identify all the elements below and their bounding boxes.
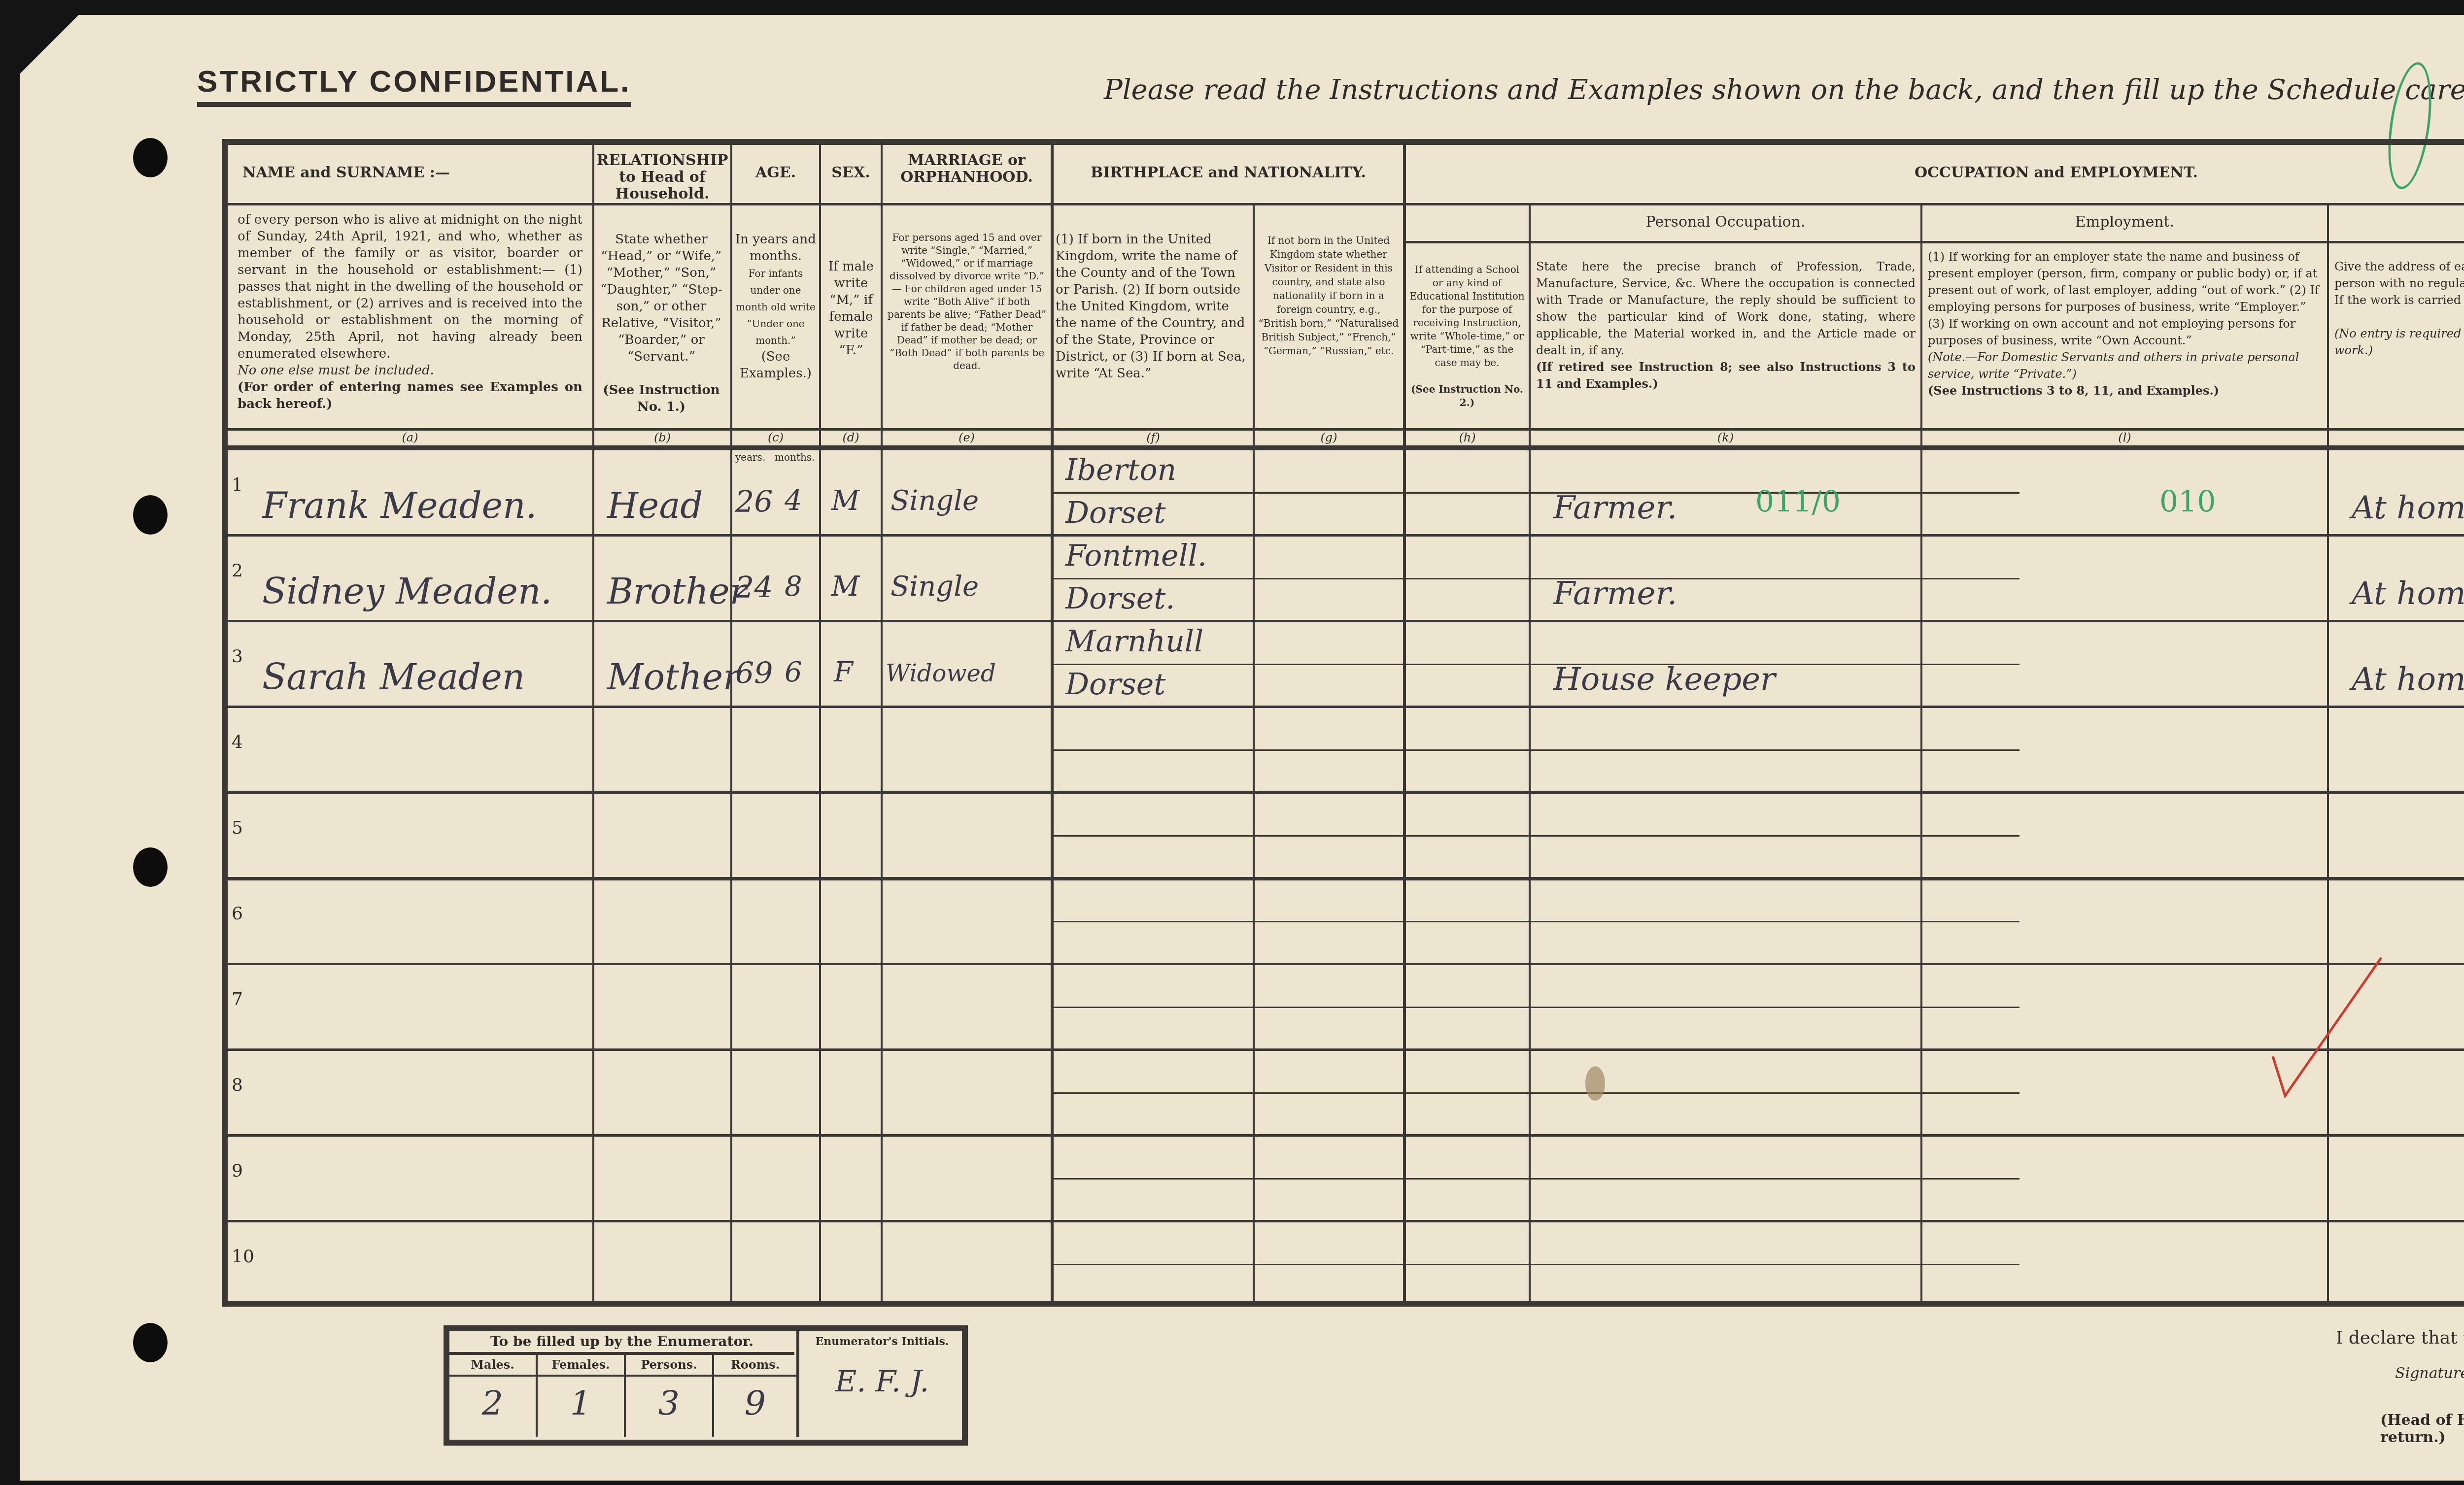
occupation: House keeper	[1553, 661, 1776, 698]
marriage-status: Single	[890, 571, 979, 603]
females-cell: Females. 1	[538, 1355, 626, 1437]
punch-hole	[133, 138, 168, 177]
sex: F	[834, 656, 853, 688]
punch-hole	[133, 847, 168, 887]
age-years: 24	[735, 571, 773, 605]
divider	[819, 145, 821, 1301]
divider	[1054, 1092, 2019, 1094]
divider	[1054, 492, 2019, 494]
instructions-nationality: If not born in the United Kingdom state …	[1257, 234, 1401, 358]
divider	[228, 791, 2464, 794]
birth-town: Marnhull	[1065, 624, 1203, 659]
relationship: Mother	[607, 656, 740, 698]
rooms-cell: Rooms. 9	[714, 1355, 796, 1437]
divider	[1054, 664, 2019, 665]
divider	[228, 1048, 2464, 1051]
divider	[1054, 835, 2019, 837]
divider	[730, 145, 732, 1301]
age-months: 6	[785, 656, 802, 688]
divider	[1054, 1178, 2019, 1180]
instructions-marriage: For persons aged 15 and over write “Sing…	[886, 231, 1048, 372]
divider	[592, 145, 594, 1301]
occupation: Farmer.	[1553, 490, 1677, 526]
red-check-icon	[2268, 953, 2386, 1101]
divider	[1054, 749, 2019, 751]
divider	[228, 445, 2464, 450]
place-of-work: At home.	[2352, 661, 2464, 698]
divider	[228, 1220, 2464, 1222]
instructions-birthplace: (1) If born in the United Kingdom, write…	[1056, 231, 1250, 382]
punch-hole	[133, 495, 168, 535]
enumerator-initials-cell: Enumerator's Initials. E. F. J.	[796, 1331, 965, 1437]
divider	[1054, 1264, 2019, 1265]
birth-county: Dorset	[1065, 496, 1165, 530]
enumerator-initials: E. F. J.	[799, 1352, 965, 1411]
employment-code: 010	[2159, 485, 2216, 519]
persons-cell: Persons. 3	[626, 1355, 714, 1437]
signature-label: Signature	[2395, 1365, 2464, 1382]
divider	[228, 706, 2464, 708]
divider	[1051, 203, 2464, 205]
fill-instructions: Please read the Instructions and Example…	[1104, 74, 2464, 106]
census-schedule-page: STRICTLY CONFIDENTIAL. Please read the I…	[20, 15, 2464, 1481]
marriage-status: Widowed	[886, 660, 996, 687]
divider	[228, 534, 2464, 537]
sex: M	[831, 485, 859, 517]
divider	[228, 203, 1051, 205]
page-title: STRICTLY CONFIDENTIAL.	[197, 64, 631, 107]
person-name: Sidney Meaden.	[262, 571, 552, 612]
occupation-code: 011/0	[1755, 485, 1841, 519]
age-months: 8	[785, 571, 802, 603]
punch-hole	[133, 1323, 168, 1362]
relationship: Head	[607, 485, 703, 526]
divider	[1054, 921, 2019, 922]
person-name: Frank Meaden.	[262, 485, 537, 526]
instructions-name: of every person who is alive at midnight…	[238, 211, 582, 412]
enumerator-summary-box: To be filled up by the Enumerator. Enume…	[444, 1325, 968, 1446]
divider	[1051, 145, 1054, 1301]
divider	[228, 877, 2464, 880]
instructions-relationship: State whether “Head,” or “Wife,” “Mother…	[597, 231, 725, 415]
occupation: Farmer.	[1553, 575, 1677, 612]
stain	[1585, 1066, 1605, 1101]
instructions-place-of-work: Give the address of each person’s place …	[2334, 258, 2464, 359]
place-of-work: At home.	[2352, 575, 2464, 612]
instructions-age: In years and months. For infants under o…	[735, 231, 816, 382]
person-name: Sarah Meaden	[262, 656, 525, 698]
divider	[1054, 578, 2019, 579]
divider	[228, 620, 2464, 622]
divider	[228, 963, 2464, 965]
declaration-text: I declare that this Schedule is correctl…	[2336, 1328, 2464, 1348]
instructions-occupation: State here the precise branch of Profess…	[1536, 258, 1916, 392]
census-table: NAME and SURNAME :— RELATIONSHIP to Head…	[222, 139, 2464, 1307]
signature-caption: (Head of Household, Manager of Establish…	[2380, 1412, 2464, 1446]
birth-town: Fontmell.	[1065, 539, 1207, 573]
divider	[228, 1134, 2464, 1137]
males-cell: Males. 2	[449, 1355, 538, 1437]
instructions-education: If attending a School or any kind of Edu…	[1408, 263, 1526, 409]
divider	[881, 145, 883, 1301]
instructions-sex: If male write “M,” if female write “F.”	[824, 258, 878, 359]
age-years: 26	[735, 485, 773, 519]
sex: M	[831, 571, 859, 603]
age-months: 4	[785, 485, 802, 517]
divider	[1403, 241, 2464, 243]
divider	[1403, 145, 1406, 1301]
instructions-employment: (1) If working for an employer state the…	[1928, 248, 2322, 399]
place-of-work: At home.	[2352, 490, 2464, 526]
age-years: 69	[735, 656, 773, 691]
divider	[1054, 1007, 2019, 1008]
birth-county: Dorset.	[1065, 581, 1175, 616]
birth-town: Iberton	[1065, 453, 1176, 487]
marriage-status: Single	[890, 485, 979, 517]
relationship: Brother	[607, 571, 747, 612]
birth-county: Dorset	[1065, 667, 1165, 702]
